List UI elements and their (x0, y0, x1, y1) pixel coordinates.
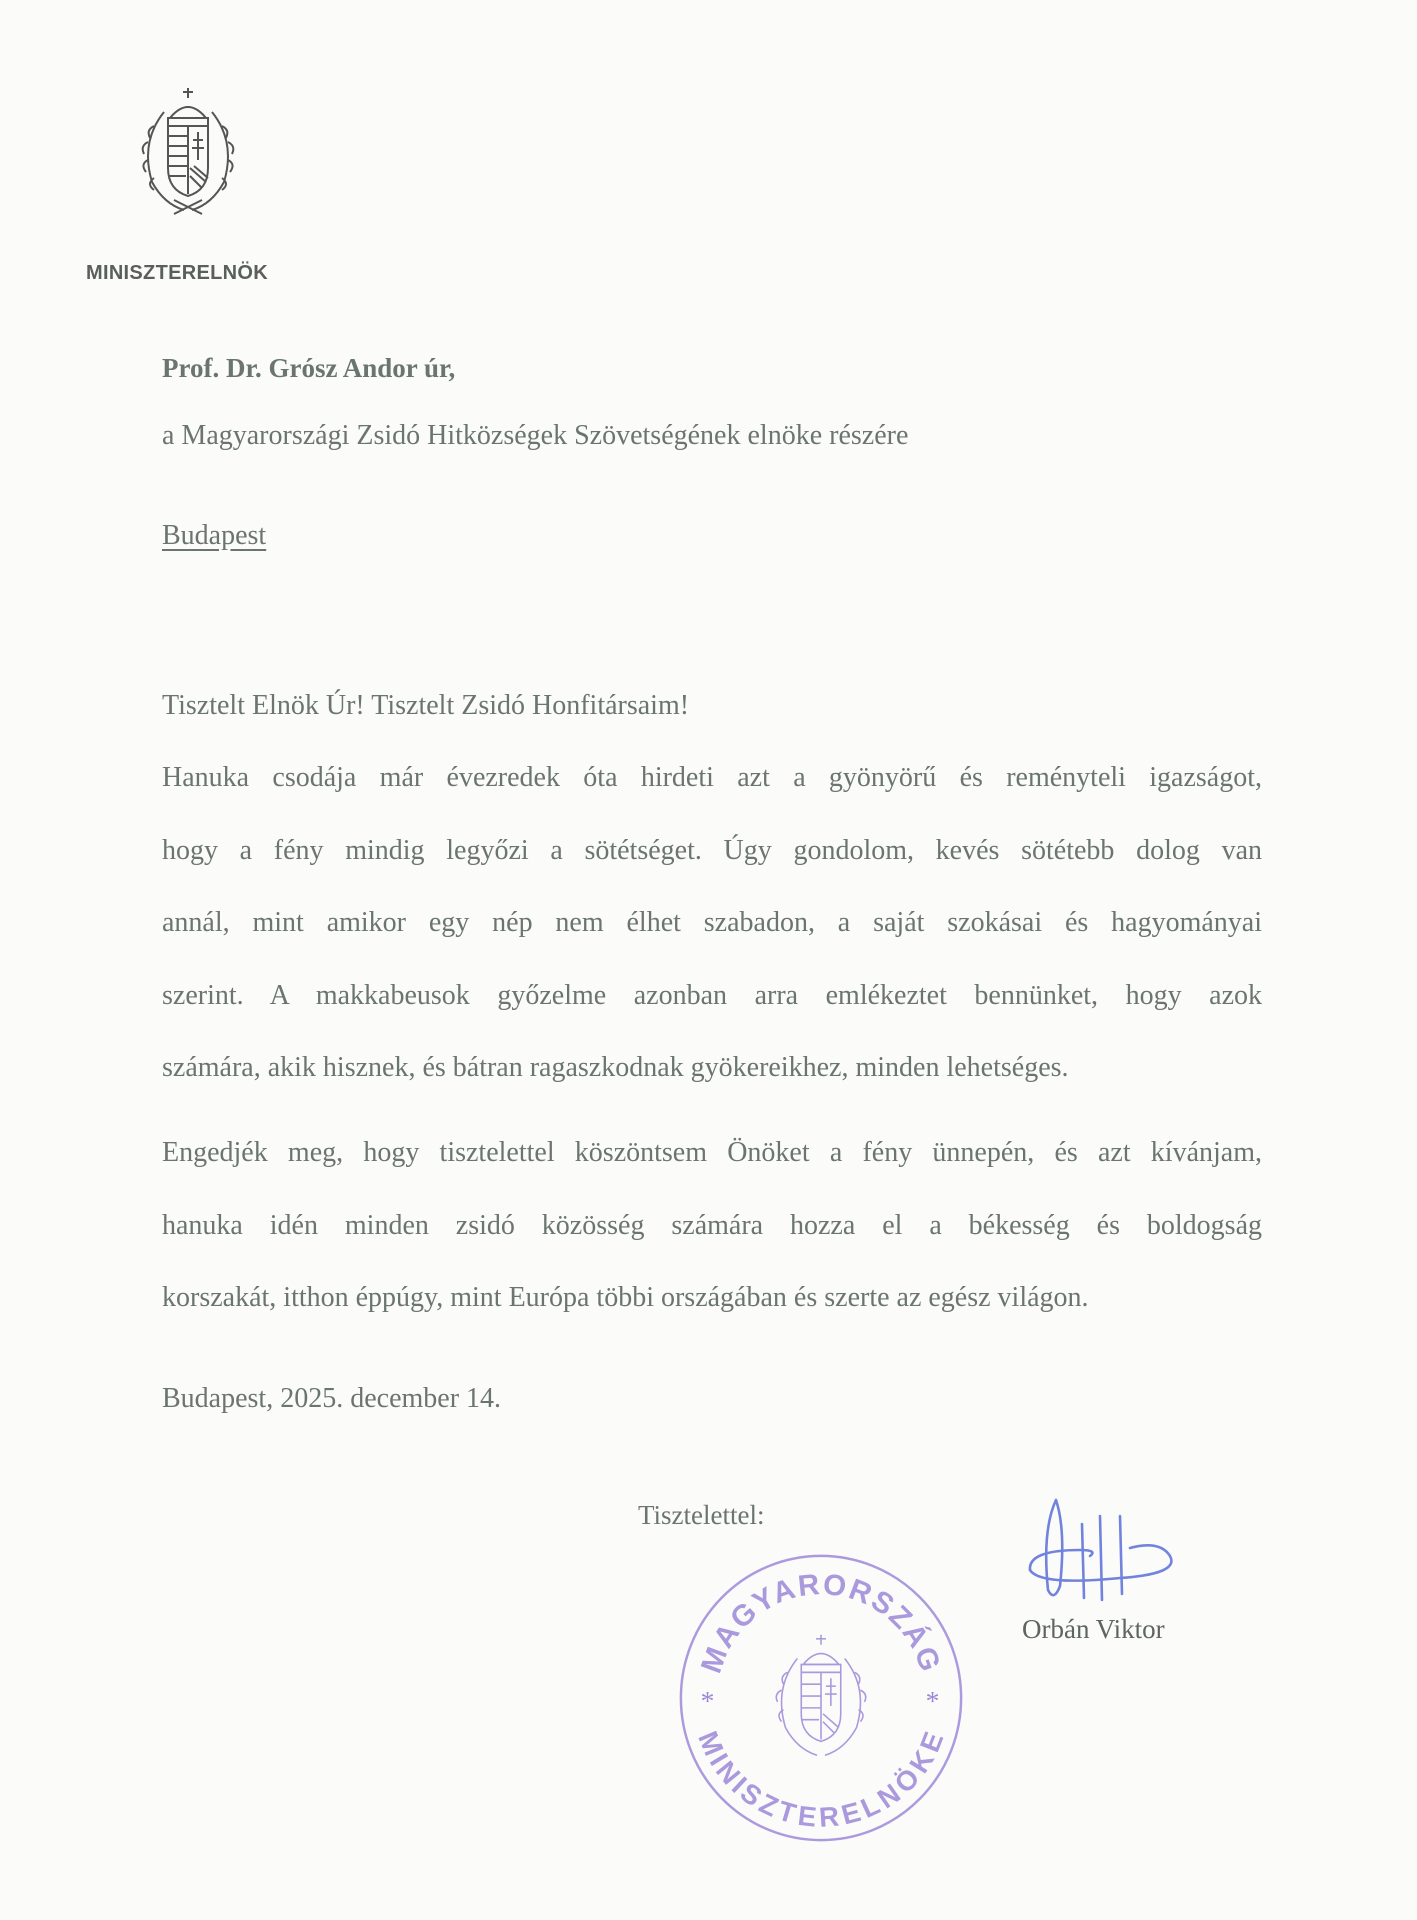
recipient-name: Prof. Dr. Grósz Andor úr, (162, 353, 455, 384)
svg-text:MAGYARORSZÁG: MAGYARORSZÁG (695, 1568, 948, 1677)
closing-label: Tisztelettel: (638, 1500, 765, 1531)
paragraph-line: hogy a fény mindig legyőzi a sötétséget.… (162, 831, 1262, 904)
office-heading: MINISZTERELNÖK (86, 262, 268, 285)
recipient-title: a Magyarországi Zsidó Hitközségek Szövet… (162, 420, 908, 452)
stamp-top-text: MAGYARORSZÁG (695, 1568, 948, 1677)
stamp-star-icon: * (701, 1685, 715, 1716)
paragraph-line: Engedjék meg, hogy tisztelettel köszönts… (162, 1133, 1262, 1206)
paragraph-line: számára, akik hisznek, és bátran ragaszk… (162, 1048, 1262, 1121)
stamp-bottom-text: MINISZTERELNÖKE (692, 1727, 950, 1833)
paragraph-line: annál, mint amikor egy nép nem élhet sza… (162, 903, 1262, 976)
paragraph-2: Engedjék meg, hogy tisztelettel köszönts… (162, 1133, 1262, 1351)
paragraph-line: korszakát, itthon éppúgy, mint Európa tö… (162, 1278, 1262, 1351)
stamp-star-icon: * (926, 1685, 940, 1716)
coat-of-arms-icon (118, 82, 258, 222)
paragraph-1: Hanuka csodája már évezredek óta hirdeti… (162, 758, 1262, 1121)
paragraph-line: hanuka idén minden zsidó közösség számár… (162, 1206, 1262, 1279)
salutation: Tisztelt Elnök Úr! Tisztelt Zsidó Honfit… (162, 690, 689, 722)
paragraph-line: szerint. A makkabeusok győzelme azonban … (162, 976, 1262, 1049)
official-stamp-icon: MAGYARORSZÁG MINISZTERELNÖKE * * (673, 1550, 969, 1846)
handwritten-signature-icon (1020, 1490, 1190, 1610)
letter-date: Budapest, 2025. december 14. (162, 1383, 501, 1415)
svg-text:MINISZTERELNÖKE: MINISZTERELNÖKE (692, 1727, 950, 1833)
signer-name: Orbán Viktor (1022, 1614, 1165, 1645)
paragraph-line: Hanuka csodája már évezredek óta hirdeti… (162, 758, 1262, 831)
recipient-city: Budapest (162, 520, 266, 552)
